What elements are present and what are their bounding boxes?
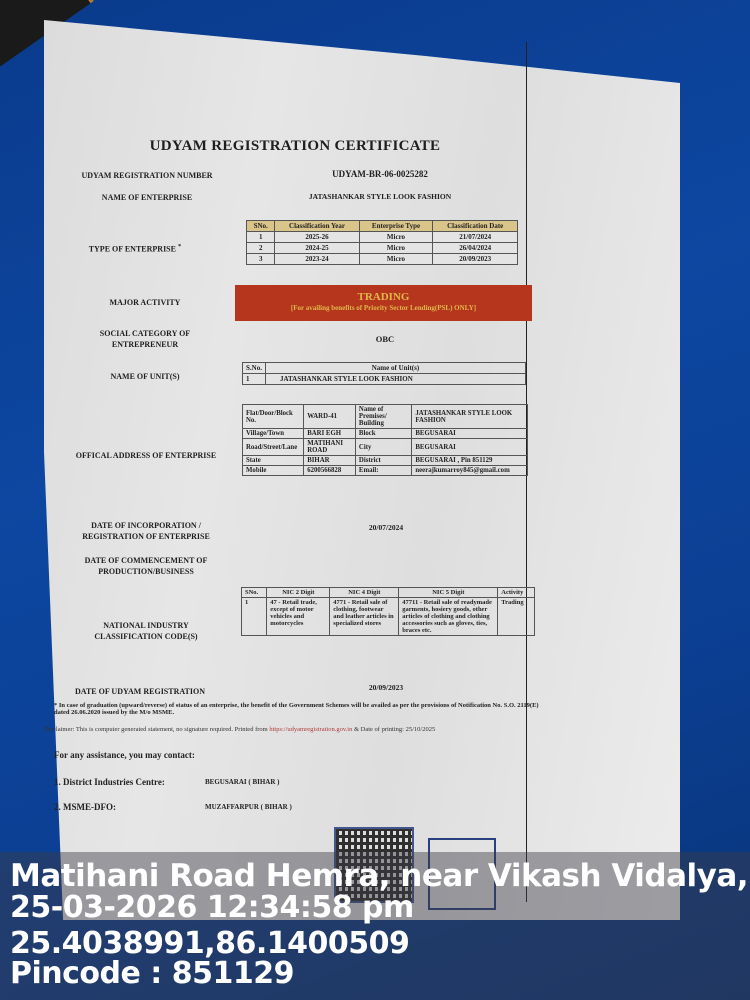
col-nic5: NIC 5 Digit [399,588,498,598]
print-date: & Date of printing: 25/10/2025 [352,726,435,733]
label-line: NATIONAL INDUSTRY [56,620,236,631]
label-line: SOCIAL CATEGORY OF [60,328,230,339]
block-value: BEGUSARAI [412,429,528,439]
road-label: Road/Street/Lane [243,439,304,456]
disclaimer-text: Disclaimer: This is computer generated s… [44,726,269,733]
reg-number: UDYAM-BR-06-0025282 [300,169,460,179]
col-activity: Activity [498,588,535,598]
table-row: 1 2025-26 Micro 21/07/2024 [247,232,518,243]
cell: 4771 - Retail sale of clothing, footwear… [330,598,399,636]
type-label-text: TYPE OF ENTERPRISE [89,245,176,254]
udyam-link[interactable]: https://udyamregistration.gov.in [269,726,352,733]
msme-value: MUZAFFARPUR ( BIHAR ) [205,803,292,811]
mobile-label: Mobile [243,466,304,476]
cell: 2023-24 [275,254,359,265]
cell: JATASHANKAR STYLE LOOK FASHION [265,374,525,385]
label-line: CLASSIFICATION CODE(S) [56,631,236,642]
msme-label: 2. MSME-DFO: [54,802,116,812]
block-label: Block [355,429,411,439]
type-marker: * [178,243,181,250]
cell: Micro [359,254,433,265]
geotag-datetime: 25-03-2026 12:34:58 pm [10,890,414,925]
assistance-heading: For any assistance, you may contact: [54,750,195,760]
units-label: NAME OF UNIT(S) [60,371,230,382]
label-line: PRODUCTION/BUSINESS [56,566,236,577]
cell: 2 [247,243,275,254]
cell: Micro [359,232,433,243]
cell: 26/04/2024 [433,243,518,254]
premises-label: Name of Premises/ Building [355,405,411,429]
major-activity-note: [For availing benefits of Priority Secto… [235,304,532,312]
premises-value: JATASHANKAR STYLE LOOK FASHION [412,405,528,429]
cell: 20/09/2023 [433,254,518,265]
udyam-reg-date: 20/09/2023 [356,683,416,692]
dic-value: BEGUSARAI ( BIHAR ) [205,778,279,786]
table-row: Flat/Door/Block No. WARD-41 Name of Prem… [243,405,528,429]
city-label: City [355,439,411,456]
col-date: Classification Date [433,221,518,232]
table-row: State BIHAR District BEGUSARAI , Pin 851… [243,456,528,466]
table-row: Village/Town BARI EGH Block BEGUSARAI [243,429,528,439]
cell: 2024-25 [275,243,359,254]
label-line: REGISTRATION OF ENTERPRISE [56,531,236,542]
table-row: 1 JATASHANKAR STYLE LOOK FASHION [243,374,526,385]
label-line: DATE OF INCORPORATION / [56,520,236,531]
district-value: BEGUSARAI , Pin 851129 [412,456,528,466]
table-header-row: SNo. Classification Year Enterprise Type… [247,221,518,232]
cell: Trading [498,598,535,636]
cell: 47711 - Retail sale of readymade garment… [399,598,498,636]
certificate-title: UDYAM REGISTRATION CERTIFICATE [100,138,490,155]
city-value: BEGUSARAI [412,439,528,456]
table-row: Road/Street/Lane MATIHANI ROAD City BEGU… [243,439,528,456]
dic-label: 1. District Industries Centre: [54,777,165,787]
nic-label: NATIONAL INDUSTRY CLASSIFICATION CODE(S) [56,620,236,642]
col-sno: SNo. [242,588,267,598]
road-value: MATIHANI ROAD [304,439,356,456]
table-row: 2 2024-25 Micro 26/04/2024 [247,243,518,254]
enterprise-name-label: NAME OF ENTERPRISE [62,192,232,203]
geotag-pincode: Pincode : 851129 [10,956,294,991]
email-value: neerajkumarroy845@gmail.com [412,466,528,476]
cell: 1 [247,232,275,243]
table-header-row: SNo. NIC 2 Digit NIC 4 Digit NIC 5 Digit… [242,588,535,598]
table-row: 3 2023-24 Micro 20/09/2023 [247,254,518,265]
social-category-label: SOCIAL CATEGORY OF ENTREPRENEUR [60,328,230,350]
address-table: Flat/Door/Block No. WARD-41 Name of Prem… [242,404,528,476]
cell: 2025-26 [275,232,359,243]
cell: 1 [242,598,267,636]
col-year: Classification Year [275,221,359,232]
table-row: Mobile 6200566828 Email: neerajkumarroy8… [243,466,528,476]
disclaimer: Disclaimer: This is computer generated s… [44,726,544,733]
village-value: BARI EGH [304,429,356,439]
col-nic2: NIC 2 Digit [267,588,330,598]
label-line: DATE OF COMMENCEMENT OF [56,555,236,566]
district-label: District [355,456,411,466]
udyam-reg-date-label: DATE OF UDYAM REGISTRATION [50,686,230,697]
state-label: State [243,456,304,466]
major-activity-label: MAJOR ACTIVITY [60,297,230,308]
incorporation-label: DATE OF INCORPORATION / REGISTRATION OF … [56,520,236,542]
label-line: ENTREPRENEUR [60,339,230,350]
graduation-note: * In case of graduation (upward/reverse)… [54,702,544,716]
major-activity: TRADING [235,291,532,303]
reg-number-label: UDYAM REGISTRATION NUMBER [62,170,232,181]
col-sno: S.No. [243,363,266,374]
cell: 3 [247,254,275,265]
table-header-row: S.No. Name of Unit(s) [243,363,526,374]
commencement-label: DATE OF COMMENCEMENT OF PRODUCTION/BUSIN… [56,555,236,577]
enterprise-name: JATASHANKAR STYLE LOOK FASHION [280,192,480,201]
classification-table: SNo. Classification Year Enterprise Type… [246,220,518,265]
major-activity-banner: TRADING [For availing benefits of Priori… [235,285,532,321]
flat-value: WARD-41 [304,405,356,429]
col-sno: SNo. [247,221,275,232]
address-label: OFFICAL ADDRESS OF ENTERPRISE [56,450,236,461]
cell: Micro [359,243,433,254]
type-label: TYPE OF ENTERPRISE * [60,241,210,255]
col-unit-name: Name of Unit(s) [265,363,525,374]
incorporation-date: 20/07/2024 [356,523,416,532]
mobile-value: 6200566828 [304,466,356,476]
flat-label: Flat/Door/Block No. [243,405,304,429]
cell: 47 - Retail trade, except of motor vehic… [267,598,330,636]
nic-table: SNo. NIC 2 Digit NIC 4 Digit NIC 5 Digit… [241,587,535,636]
cell: 1 [243,374,266,385]
cell: 21/07/2024 [433,232,518,243]
geotag-address: Matihani Road Hemra, near Vikash Vidalya… [10,858,750,894]
email-label: Email: [355,466,411,476]
table-row: 1 47 - Retail trade, except of motor veh… [242,598,535,636]
village-label: Village/Town [243,429,304,439]
units-table: S.No. Name of Unit(s) 1 JATASHANKAR STYL… [242,362,526,385]
social-category: OBC [360,334,410,344]
state-value: BIHAR [304,456,356,466]
col-type: Enterprise Type [359,221,433,232]
col-nic4: NIC 4 Digit [330,588,399,598]
